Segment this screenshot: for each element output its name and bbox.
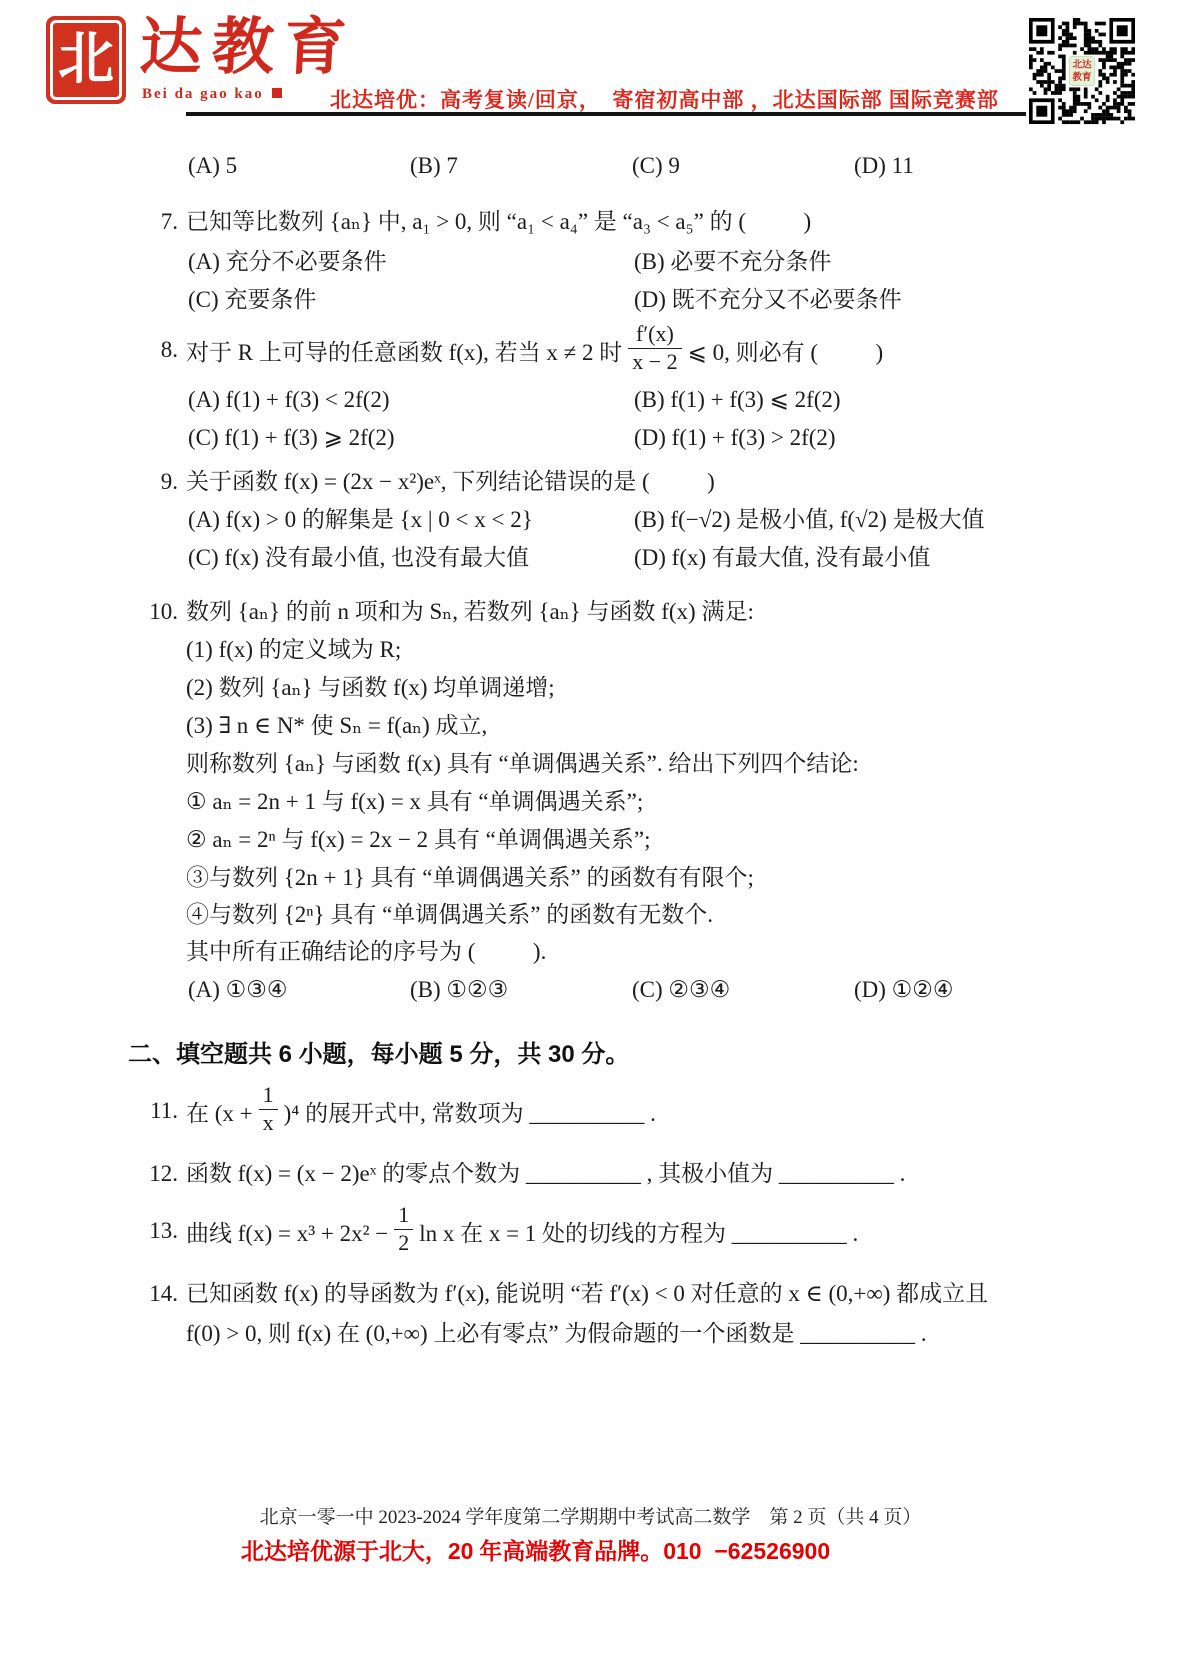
footer-brand-line: 北达培优源于北大，20 年高端教育品牌。010 −62526900 [0,1536,1126,1567]
question-13-text-post: ln x 在 x = 1 处的切线的方程为 __________ . [419,1215,858,1248]
question-8-fraction: f′(x) x − 2 [628,321,681,375]
q13-fraction-numerator: 1 [394,1202,413,1229]
brand-seal: 北 [46,16,126,104]
question-8-options-cd: (C) f(1) + f(3) ⩾ 2f(2) (D) f(1) + f(3) … [0,422,1181,454]
q8-option-b: (B) f(1) + f(3) ⩽ 2f(2) [634,384,1181,416]
q10-option-b: (B) ①②③ [410,974,632,1006]
question-12-text: 函数 f(x) = (x − 2)eˣ 的零点个数为 __________ , … [186,1161,905,1186]
question-12-number: 12. [144,1158,178,1190]
q10-statement-2: ② aₙ = 2ⁿ 与 f(x) = 2x − 2 具有 “单调偶遇关系”; [0,824,1181,856]
q6-option-c: (C) 9 [632,150,854,182]
q9-option-a: (A) f(x) > 0 的解集是 {x | 0 < x < 2} [188,504,634,536]
question-13-number: 13. [144,1218,178,1244]
q9-option-b: (B) f(−√2) 是极小值, f(√2) 是极大值 [634,504,1181,536]
q10-definition-note: 则称数列 {aₙ} 与函数 f(x) 具有 “单调偶遇关系”. 给出下列四个结论… [0,748,1181,780]
question-9-stem: 9.关于函数 f(x) = (2x − x²)eˣ, 下列结论错误的是 ( ) [0,466,1181,498]
q7-option-d: (D) 既不充分又不必要条件 [634,284,1181,316]
question-14-text-line1: 已知函数 f(x) 的导函数为 f′(x), 能说明 “若 f′(x) < 0 … [186,1281,988,1306]
question-8-number: 8. [144,337,178,363]
question-8-options-ab: (A) f(1) + f(3) < 2f(2) (B) f(1) + f(3) … [0,384,1181,416]
question-7-stem: 7.已知等比数列 {aₙ} 中, a₁ > 0, 则 “a₁ < a₄” 是 “… [0,206,1181,238]
q6-option-a: (A) 5 [188,150,410,182]
question-9-text: 关于函数 f(x) = (2x − x²)eˣ, 下列结论错误的是 ( ) [186,469,715,494]
q7-option-c: (C) 充要条件 [188,284,634,316]
question-6-options-row: (A) 5 (B) 7 (C) 9 (D) 11 [0,150,1181,182]
brand-pinyin: Bei da gao kao [142,86,282,103]
question-7-options-cd: (C) 充要条件 (D) 既不充分又不必要条件 [0,284,1181,316]
question-11: 11.在 (x + 1 x )⁴ 的展开式中, 常数项为 __________ … [0,1081,1181,1141]
q10-closing: 其中所有正确结论的序号为 ( ). [0,936,1181,968]
question-10-number: 10. [144,596,178,628]
question-11-number: 11. [144,1098,178,1124]
question-10-text: 数列 {aₙ} 的前 n 项和为 Sₙ, 若数列 {aₙ} 与函数 f(x) 满… [186,599,754,624]
exam-page: 北 达教育 Bei da gao kao 北达培优：高考复读/回京， 寄宿初高中… [0,0,1181,1654]
question-8-stem: 8.对于 R 上可导的任意函数 f(x), 若当 x ≠ 2 时 f′(x) x… [0,322,1181,378]
qr-badge-line1: 北达 [1072,59,1092,71]
q9-option-c: (C) f(x) 没有最小值, 也没有最大值 [188,542,634,574]
footer-phone: 010 −62526900 [663,1538,830,1564]
question-8-text-post: ⩽ 0, 则必有 ( ) [688,334,884,367]
question-14-line1: 14.已知函数 f(x) 的导函数为 f′(x), 能说明 “若 f′(x) <… [0,1278,1181,1310]
q10-statement-4: ④与数列 {2ⁿ} 具有 “单调偶遇关系” 的函数有无数个. [0,899,1181,931]
header-tagline: 北达培优：高考复读/回京， 寄宿初高中部 ，北达国际部 国际竞赛部 [330,84,999,114]
section-2-title: 二、填空题共 6 小题，每小题 5 分，共 30 分。 [0,1038,1181,1072]
question-9-options-ab: (A) f(x) > 0 的解集是 {x | 0 < x < 2} (B) f(… [0,504,1181,536]
q8-option-c: (C) f(1) + f(3) ⩾ 2f(2) [188,422,634,454]
question-area: (A) 5 (B) 7 (C) 9 (D) 11 7.已知等比数列 {aₙ} 中… [0,150,1181,1350]
q10-condition-1: (1) f(x) 的定义域为 R; [0,634,1181,666]
brand-pinyin-text: Bei da gao kao [142,86,264,102]
question-12: 12.函数 f(x) = (x − 2)eˣ 的零点个数为 __________… [0,1158,1181,1190]
q9-option-d: (D) f(x) 有最大值, 没有最小值 [634,542,1181,574]
q6-option-b: (B) 7 [410,150,632,182]
qr-code: 北达 教育 [1029,17,1135,125]
brand-seal-inner: 北 [50,20,122,100]
question-8-text-pre: 对于 R 上可导的任意函数 f(x), 若当 x ≠ 2 时 [186,334,622,367]
q8-fraction-denominator: x − 2 [628,349,681,375]
brand-square-icon [272,88,282,98]
question-13-text-pre: 曲线 f(x) = x³ + 2x² − [186,1215,388,1248]
q11-fraction-denominator: x [259,1110,278,1136]
footer-slogan-2: 年高端教育品牌。 [473,1539,663,1564]
footer-page-info: 北京一零一中 2023-2024 学年度第二学期期中考试高二数学 第 2 页（共… [0,1506,1181,1530]
qr-badge-line2: 教育 [1071,71,1092,83]
q8-option-a: (A) f(1) + f(3) < 2f(2) [188,384,634,416]
question-14-line2: f(0) > 0, 则 f(x) 在 (0,+∞) 上必有零点” 为假命题的一个… [0,1318,1181,1350]
question-9-number: 9. [144,466,178,498]
q7-option-b: (B) 必要不充分条件 [634,246,1181,278]
brand-logo-text: 达教育 [138,14,358,82]
q7-option-a: (A) 充分不必要条件 [188,246,634,278]
brand-seal-character: 北 [58,32,114,88]
footer-years: 20 [448,1538,474,1564]
q10-condition-2: (2) 数列 {aₙ} 与函数 f(x) 均单调递增; [0,672,1181,704]
q10-option-c: (C) ②③④ [632,974,854,1006]
q8-option-d: (D) f(1) + f(3) > 2f(2) [634,422,1181,454]
question-13: 13.曲线 f(x) = x³ + 2x² − 1 2 ln x 在 x = 1… [0,1201,1181,1261]
q13-fraction-denominator: 2 [394,1230,413,1256]
footer-slogan-1: 北达培优源于北大， [241,1539,448,1564]
q10-option-a: (A) ①③④ [188,974,410,1006]
question-10-options-row: (A) ①③④ (B) ①②③ (C) ②③④ (D) ①②④ [0,974,1181,1006]
question-9-options-cd: (C) f(x) 没有最小值, 也没有最大值 (D) f(x) 有最大值, 没有… [0,542,1181,574]
q8-fraction-numerator: f′(x) [628,321,681,348]
question-11-text-post: )⁴ 的展开式中, 常数项为 __________ . [284,1095,656,1128]
question-13-fraction: 1 2 [394,1202,413,1256]
question-11-text-pre: 在 (x + [186,1095,253,1128]
question-14-number: 14. [144,1278,178,1310]
question-7-text: 已知等比数列 {aₙ} 中, a₁ > 0, 则 “a₁ < a₄” 是 “a₃… [186,209,811,234]
header-divider [186,112,1026,116]
q11-fraction-numerator: 1 [259,1082,278,1109]
question-11-fraction: 1 x [259,1082,278,1136]
q10-statement-3: ③与数列 {2n + 1} 具有 “单调偶遇关系” 的函数有有限个; [0,862,1181,894]
question-10-stem: 10.数列 {aₙ} 的前 n 项和为 Sₙ, 若数列 {aₙ} 与函数 f(x… [0,596,1181,628]
question-7-number: 7. [144,206,178,238]
q6-option-d: (D) 11 [854,150,1181,182]
question-7-options-ab: (A) 充分不必要条件 (B) 必要不充分条件 [0,246,1181,278]
q10-condition-3: (3) ∃ n ∈ N* 使 Sₙ = f(aₙ) 成立, [0,710,1181,742]
q10-option-d: (D) ①②④ [854,974,1181,1006]
q10-statement-1: ① aₙ = 2n + 1 与 f(x) = x 具有 “单调偶遇关系”; [0,786,1181,818]
